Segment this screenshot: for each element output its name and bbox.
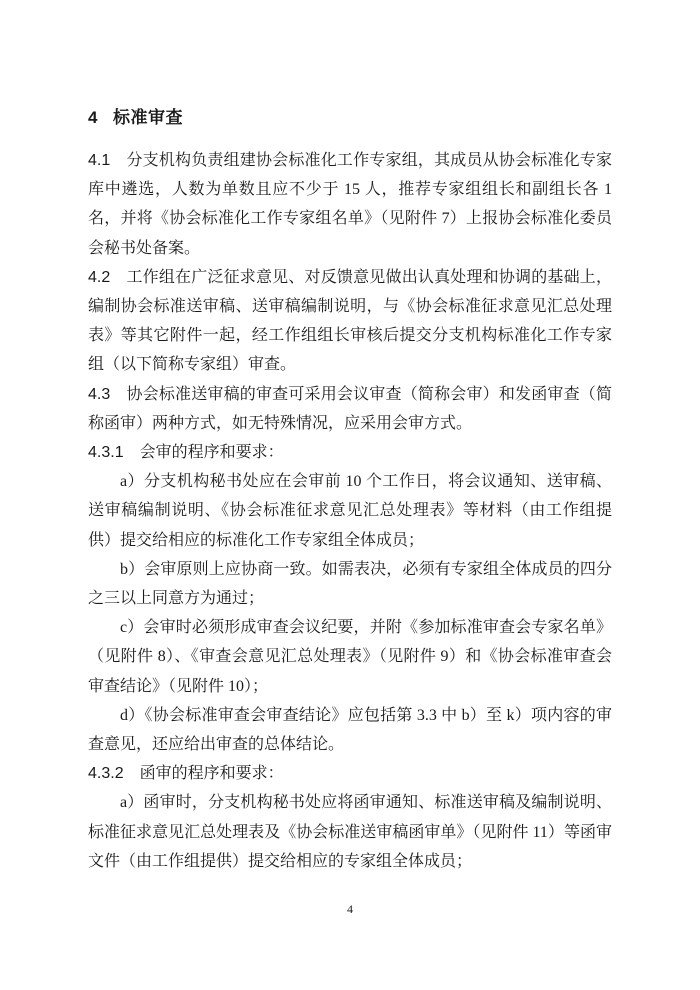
paragraph-text: 函审的程序和要求： [140, 765, 284, 782]
list-item-c-meeting-review: c）会审时必须形成审查会议纪要，并附《参加标准审查会专家名单》（见附件 8）、《… [88, 613, 612, 701]
paragraph-number: 4.3.1 [88, 444, 124, 461]
list-item-text: a）分支机构秘书处应在会审前 10 个工作日，将会议通知、送审稿、送审稿编制说明… [88, 473, 612, 548]
paragraph-4-1: 4.1分支机构负责组建协会标准化工作专家组，其成员从协会标准化专家库中遴选，人数… [88, 146, 612, 263]
paragraph-number: 4.3 [88, 386, 110, 403]
page-number: 4 [0, 902, 700, 917]
list-item-d-meeting-review: d）《协会标准审查会审查结论》应包括第 3.3 中 b）至 k）项内容的审查意见… [88, 701, 612, 759]
paragraph-4-3-2: 4.3.2函审的程序和要求： [88, 759, 612, 788]
paragraph-text: 分支机构负责组建协会标准化工作专家组，其成员从协会标准化专家库中遴选，人数为单数… [88, 152, 612, 257]
list-item-text: a）函审时，分支机构秘书处应将函审通知、标准送审稿及编制说明、标准征求意见汇总处… [88, 794, 612, 869]
section-heading-number: 4 [88, 108, 98, 127]
list-item-b-meeting-review: b）会审原则上应协商一致。如需表决，必须有专家组全体成员的四分之三以上同意方为通… [88, 555, 612, 613]
list-item-a-meeting-review: a）分支机构秘书处应在会审前 10 个工作日，将会议通知、送审稿、送审稿编制说明… [88, 467, 612, 555]
paragraph-4-3: 4.3协会标准送审稿的审查可采用会议审查（简称会审）和发函审查（简称函审）两种方… [88, 380, 612, 438]
paragraph-4-3-1: 4.3.1会审的程序和要求： [88, 438, 612, 467]
paragraph-text: 协会标准送审稿的审查可采用会议审查（简称会审）和发函审查（简称函审）两种方式，如… [88, 386, 612, 432]
section-heading-title: 标准审查 [113, 108, 183, 127]
list-item-text: b）会审原则上应协商一致。如需表决，必须有专家组全体成员的四分之三以上同意方为通… [88, 561, 612, 607]
list-item-text: d）《协会标准审查会审查结论》应包括第 3.3 中 b）至 k）项内容的审查意见… [88, 707, 612, 753]
paragraph-number: 4.1 [88, 152, 110, 169]
list-item-a-letter-review: a）函审时，分支机构秘书处应将函审通知、标准送审稿及编制说明、标准征求意见汇总处… [88, 788, 612, 876]
paragraph-4-2: 4.2工作组在广泛征求意见、对反馈意见做出认真处理和协调的基础上，编制协会标准送… [88, 263, 612, 380]
paragraph-number: 4.2 [88, 269, 110, 286]
section-heading: 4标准审查 [88, 103, 612, 132]
paragraph-text: 会审的程序和要求： [140, 444, 284, 461]
list-item-text: c）会审时必须形成审查会议纪要，并附《参加标准审查会专家名单》（见附件 8）、《… [88, 619, 612, 694]
paragraph-text: 工作组在广泛征求意见、对反馈意见做出认真处理和协调的基础上，编制协会标准送审稿、… [88, 269, 612, 374]
document-page: 4标准审查 4.1分支机构负责组建协会标准化工作专家组，其成员从协会标准化专家库… [0, 0, 700, 990]
document-content: 4标准审查 4.1分支机构负责组建协会标准化工作专家组，其成员从协会标准化专家库… [88, 103, 612, 876]
paragraph-number: 4.3.2 [88, 765, 124, 782]
